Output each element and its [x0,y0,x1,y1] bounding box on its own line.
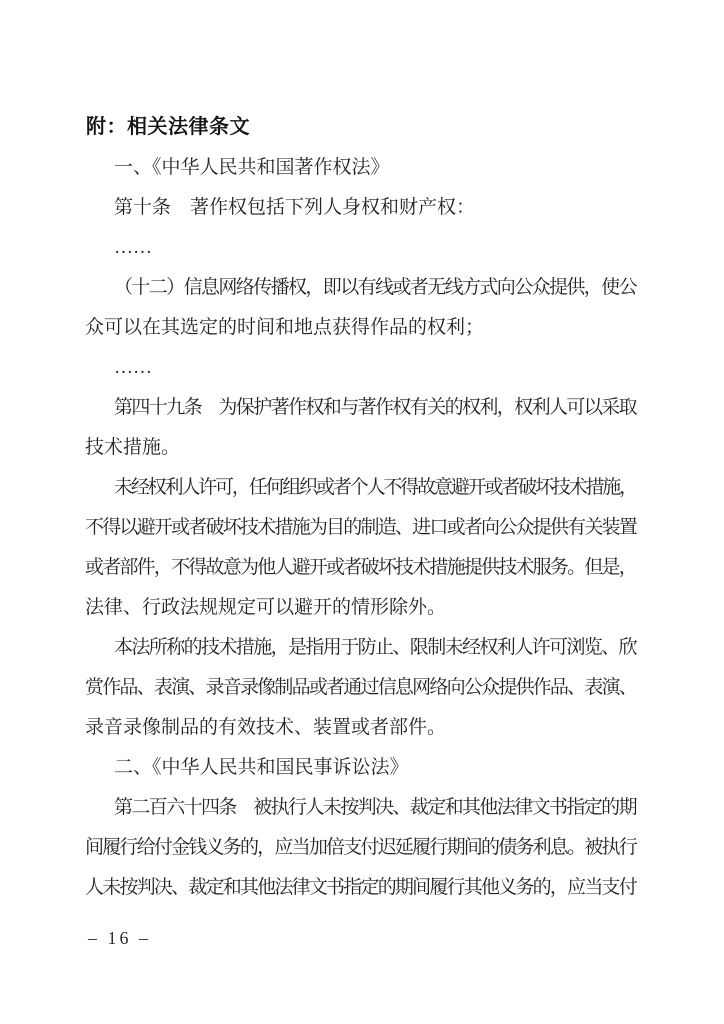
text-line-content: …… [114,228,152,268]
text-line-content: 人未按判决、裁定和其他法律文书指定的期间履行其他义务的，应当支付 [85,868,636,908]
text-line-content: 未经权利人许可，任何组织或者个人不得故意避开或者破坏技术措施， [114,468,636,508]
document-page: 附：相关法律条文 一、《中华人民共和国著作权法》第十条 著作权包括下列人身权和财… [0,0,724,1024]
text-line: （十二）信息网络传播权，即以有线或者无线方式向公众提供，使公 [85,268,636,308]
text-line: 第四十九条 为保护著作权和与著作权有关的权利，权利人可以采取 [85,388,636,428]
text-line: 法律、行政法规规定可以避开的情形除外。 [85,588,636,628]
text-line: 或者部件，不得故意为他人避开或者破坏技术措施提供技术服务。但是， [85,548,636,588]
text-line-content: 本法所称的技术措施，是指用于防止、限制未经权利人许可浏览、欣 [114,628,636,668]
text-line: 技术措施。 [85,428,636,468]
text-line-content: 或者部件，不得故意为他人避开或者破坏技术措施提供技术服务。但是， [85,548,636,588]
text-line: 人未按判决、裁定和其他法律文书指定的期间履行其他义务的，应当支付 [85,868,636,908]
text-line-content: 技术措施。 [85,428,180,468]
text-line-content: 间履行给付金钱义务的，应当加倍支付迟延履行期间的债务利息。被执行 [85,828,636,868]
page-number: – 16 – [88,928,151,949]
text-line: 第二百六十四条 被执行人未按判决、裁定和其他法律文书指定的期 [85,788,636,828]
text-line-content: 众可以在其选定的时间和地点获得作品的权利； [85,308,484,348]
text-line-content: 二、《中华人民共和国民事诉讼法》 [114,748,409,788]
text-line-content: 一、《中华人民共和国著作权法》 [114,148,390,188]
text-line: 众可以在其选定的时间和地点获得作品的权利； [85,308,636,348]
text-line: …… [85,348,636,388]
text-line: 本法所称的技术措施，是指用于防止、限制未经权利人许可浏览、欣 [85,628,636,668]
text-line-content: 第四十九条 为保护著作权和与著作权有关的权利，权利人可以采取 [114,388,636,428]
text-line-content: 第十条 著作权包括下列人身权和财产权： [114,188,475,228]
text-line-content: 赏作品、表演、录音录像制品或者通过信息网络向公众提供作品、表演、 [85,668,636,708]
text-line: 录音录像制品的有效技术、装置或者部件。 [85,708,636,748]
document-body: 一、《中华人民共和国著作权法》第十条 著作权包括下列人身权和财产权：……（十二）… [85,148,636,908]
text-line: 二、《中华人民共和国民事诉讼法》 [85,748,636,788]
text-line-content: （十二）信息网络传播权，即以有线或者无线方式向公众提供，使公 [114,268,636,308]
text-line-content: 第二百六十四条 被执行人未按判决、裁定和其他法律文书指定的期 [114,788,636,828]
text-line: 第十条 著作权包括下列人身权和财产权： [85,188,636,228]
text-line: …… [85,228,636,268]
text-line: 未经权利人许可，任何组织或者个人不得故意避开或者破坏技术措施， [85,468,636,508]
text-line-content: 不得以避开或者破坏技术措施为目的制造、进口或者向公众提供有关装置 [85,508,636,548]
text-line-content: …… [114,348,152,388]
text-line-content: 录音录像制品的有效技术、装置或者部件。 [85,708,446,748]
text-line: 一、《中华人民共和国著作权法》 [85,148,636,188]
document-heading: 附：相关法律条文 [86,110,250,139]
text-line: 间履行给付金钱义务的，应当加倍支付迟延履行期间的债务利息。被执行 [85,828,636,868]
text-line-content: 法律、行政法规规定可以避开的情形除外。 [85,588,446,628]
text-line: 赏作品、表演、录音录像制品或者通过信息网络向公众提供作品、表演、 [85,668,636,708]
text-line: 不得以避开或者破坏技术措施为目的制造、进口或者向公众提供有关装置 [85,508,636,548]
